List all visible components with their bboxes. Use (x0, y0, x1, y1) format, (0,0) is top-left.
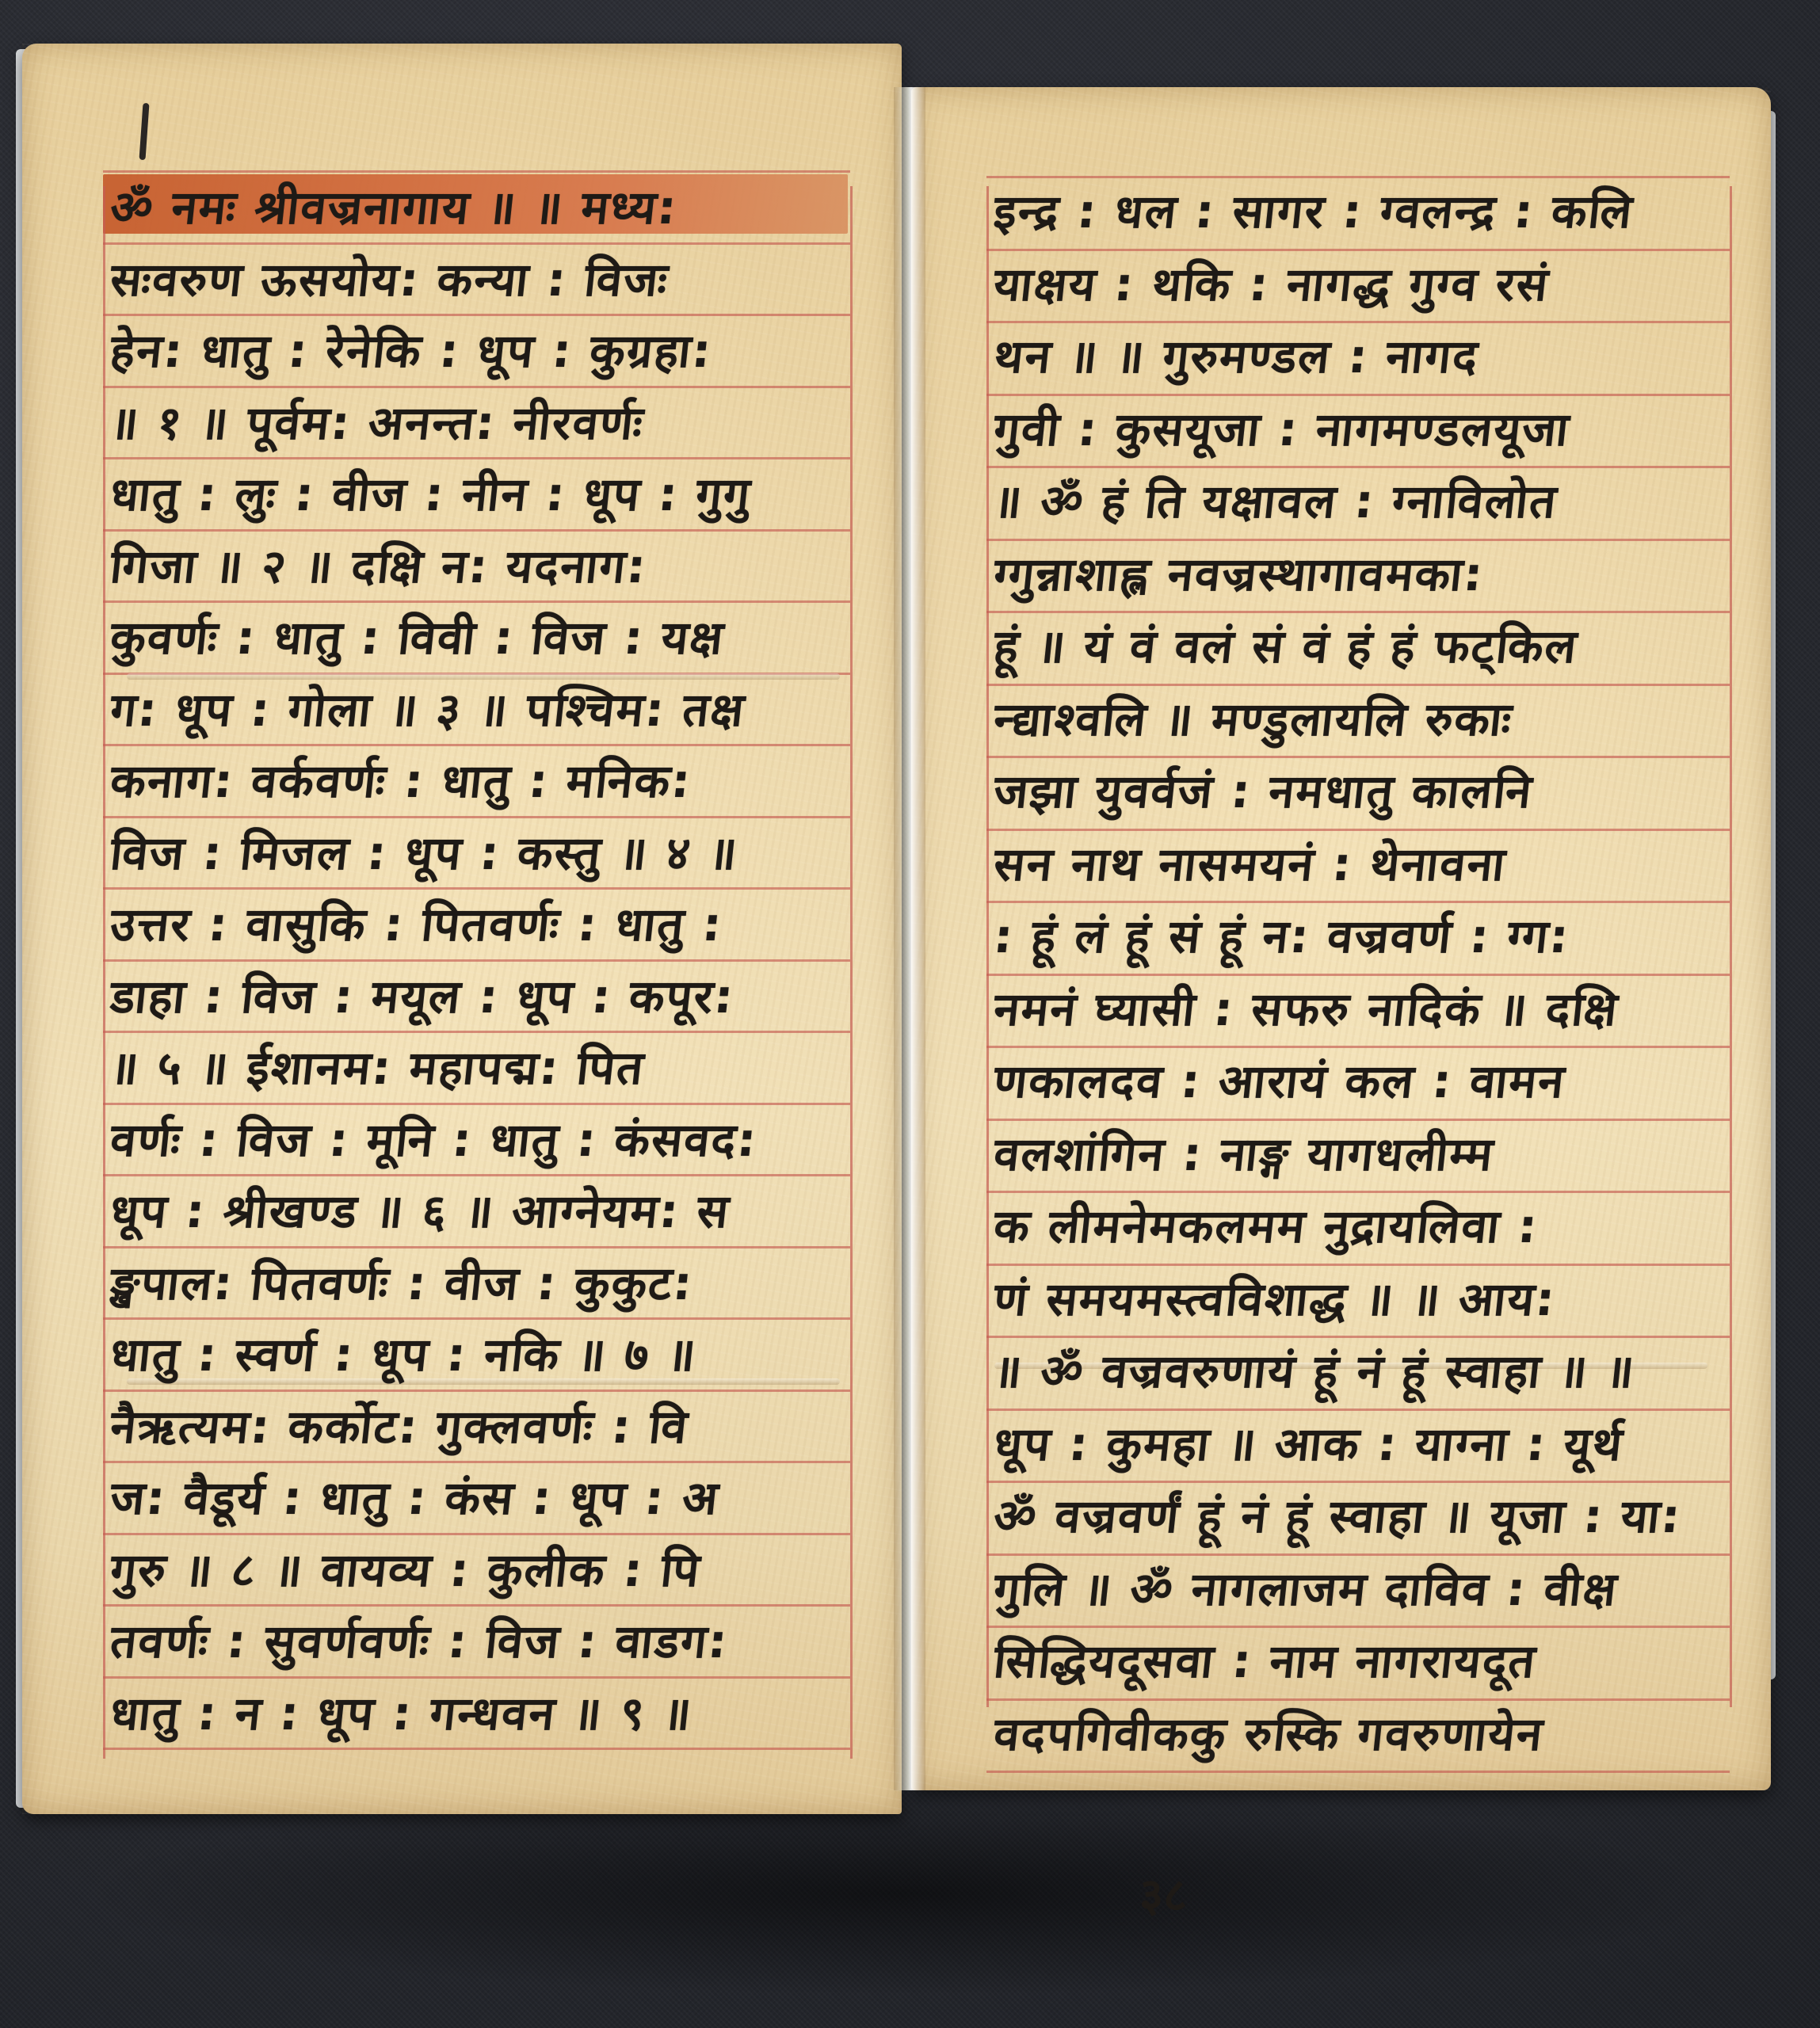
ruling-line (103, 1174, 850, 1176)
manuscript-line: ॥ ५ ॥ ईशानम: महापद्म: पित (108, 1035, 648, 1097)
manuscript-line: धातु : स्वर्ण : धूप : नकि ॥ ७ ॥ (108, 1321, 700, 1384)
ruling-line (103, 959, 850, 962)
manuscript-line: थन ॥ ॥ गुरुमण्डल : नागद (991, 323, 1482, 386)
book-shadow (71, 1790, 1735, 1996)
ruling-line (103, 457, 850, 459)
ruling-line (103, 1604, 850, 1607)
manuscript-line: सःवरुण ऊसयोय: कन्या : विजः (108, 246, 673, 309)
manuscript-line: वदपगिवीककु रुस्कि गवरुणायेन (991, 1701, 1547, 1763)
manuscript-line: विज : मिजल : धूप : कस्तु ॥ ४ ॥ (108, 820, 742, 882)
manuscript-line: ॐ वज्रवर्णं हूं नं हूं स्वाहा ॥ यूजा : य… (991, 1483, 1685, 1546)
manuscript-line: गुलि ॥ ॐ नागलाजम दाविव : वीक्ष (991, 1556, 1621, 1618)
manuscript-line: नैऋत्यम: कर्कोट: गुक्लवर्णः : वि (108, 1393, 693, 1456)
manuscript-line: इन्द्र : धल : सागर : ग्वलन्द्र : कलि (991, 178, 1637, 241)
ruling-line (103, 744, 850, 746)
manuscript-line: डाहा : विज : मयूल : धूप : कपूर: (108, 963, 738, 1026)
manuscript-line: तवर्णः : सुवर्णवर्णः : विज : वाडग: (108, 1608, 732, 1671)
ruling-line (103, 1389, 850, 1392)
manuscript-line: सन नाथ नासमयनं : थेनावना (991, 831, 1510, 894)
manuscript-line: न्द्याश्वलि ॥ मण्डुलायलि रुकाः (991, 686, 1517, 749)
manuscript-line: क लीमनेमकलमम नुद्रायलिवा : (991, 1193, 1542, 1256)
manuscript-line: धूप : कुमहा ॥ आक : याग्ना : यूर्थ (991, 1411, 1627, 1473)
manuscript-line: णं समयमस्त्वविशाद्ध ॥ ॥ आय: (991, 1266, 1559, 1328)
manuscript-line: जझा युवर्वजं : नमधातु कालनि (991, 758, 1536, 821)
manuscript-line: ॥ ॐ वज्रवरुणायं हूं नं हूं स्वाहा ॥ ॥ (991, 1338, 1639, 1401)
ruling-line (103, 1676, 850, 1679)
manuscript-line: वलशांगिन : नाङ्ग यागधलीम्म (991, 1121, 1498, 1184)
ruling-line (103, 170, 850, 173)
manuscript-line: कनाग: वर्कवर्णः : धातु : मनिक: (108, 748, 695, 810)
ruling-line (103, 887, 850, 890)
manuscript-line: ग्गुन्नाशाह्ल नवज्रस्थागावमका: (991, 541, 1487, 604)
manuscript-line: गुवी : कुसयूजा : नागमण्डलयूजा (991, 396, 1574, 459)
manuscript-line: ॐ नमः श्रीवज्रनागाय ॥ ॥ मध्य: (108, 174, 681, 237)
manuscript-line: हूं ॥ यं वं वलं सं वं हं हं फट्किल (991, 613, 1582, 676)
manuscript-line: धातु : न : धूप : गन्धवन ॥ ९ ॥ (108, 1680, 696, 1743)
ruling-line (103, 1748, 850, 1750)
manuscript-line: ग: धूप : गोला ॥ ३ ॥ पश्चिम: तक्ष (108, 677, 749, 739)
ruling-line (103, 242, 850, 245)
ruling-line (103, 816, 850, 818)
ruling-line (103, 1103, 850, 1105)
ruling-line (103, 1533, 850, 1535)
manuscript-line: धूप : श्रीखण्ड ॥ ६ ॥ आग्नेयम: स (108, 1178, 734, 1241)
manuscript-line: ज: वैडूर्य : धातु : कंस : धूप : अ (108, 1465, 723, 1527)
book-spine (894, 87, 925, 1790)
ruling-line (986, 1771, 1730, 1773)
ruling-line (103, 1031, 850, 1033)
manuscript-line: उत्तर : वासुकि : पितवर्णः : धातु : (108, 891, 727, 954)
manuscript-line: नमनं घ्यासी : सफरु नादिकं ॥ दक्षि (991, 976, 1622, 1039)
manuscript-line: सिद्धियदूसवा : नाम नागरायदूत (991, 1628, 1540, 1691)
manuscript-line: गिजा ॥ २ ॥ दक्षि न: यदनाग: (108, 533, 651, 596)
manuscript-line: हेन: धातु : रेनेकि : धूप : कुग्रहा: (108, 318, 716, 380)
manuscript-line: कुवर्णः : धातु : विवी : विज : यक्ष (108, 604, 728, 667)
manuscript-line: ङ्खपाल: पितवर्णः : वीज : कुकुट: (108, 1250, 697, 1313)
manuscript-line: धातु : लुः : वीज : नीन : धूप : गुगु (108, 461, 755, 524)
ruling-line (103, 1317, 850, 1320)
ruling-line (103, 314, 850, 316)
manuscript-line: वर्णः : विज : मूनि : धातु : कंसवद: (108, 1107, 761, 1169)
ruling-line (103, 386, 850, 388)
manuscript-line: ॥ १ ॥ पूर्वम: अनन्त: नीरवर्णः (108, 390, 647, 452)
ruling-line (103, 600, 850, 603)
ruling-line (103, 1461, 850, 1463)
manuscript-line: : हूं लं हूं सं हूं न: वज्रवर्ण : ग्ग: (991, 903, 1574, 966)
folio-number: ३८ (1139, 1862, 1187, 1924)
manuscript-line: गुरु ॥ ८ ॥ वायव्य : कुलीक : पि (108, 1537, 704, 1599)
manuscript-line: याक्षय : थकि : नागद्ध गुग्व रसं (991, 251, 1553, 314)
manuscript-line: णकालदव : आरायं कल : वामन (991, 1048, 1569, 1111)
ruling-line (103, 1246, 850, 1248)
manuscript-line: ॥ ॐ हं ति यक्षावल : ग्नाविलोत (991, 468, 1561, 531)
ruling-line (103, 529, 850, 532)
